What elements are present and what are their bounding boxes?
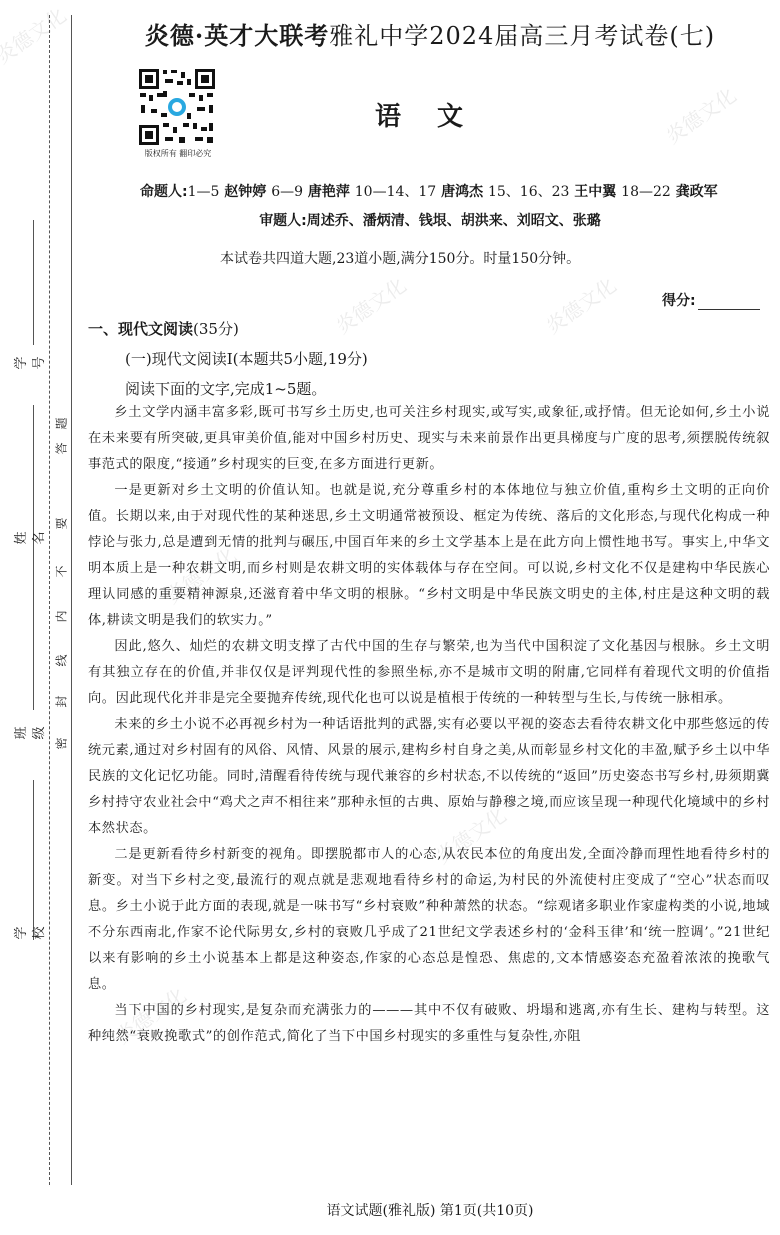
subject-title: 语文 (375, 96, 499, 133)
question-authors: 命题人:1—5 赵钟婷 6—9 唐艳萍 10—14、17 唐鸿杰 15、16、2… (140, 181, 718, 201)
paragraph: 乡土文学内涵丰富多彩,既可书写乡土历史,也可关注乡村现实,或写实,或象征,或抒情… (88, 400, 770, 478)
watermark: 炎德文化 (0, 0, 71, 69)
section-heading: 一、现代文阅读(35分) (88, 318, 239, 339)
title-brand: 炎德·英才大联考 (145, 21, 329, 50)
paragraph: 当下中国的乡村现实,是复杂而充满张力的———其中不仅有破败、坍塌和逃离,亦有生长… (88, 998, 770, 1050)
seal-char: 不 (53, 563, 69, 580)
page-footer: 语文试题(雅礼版) 第1页(共10页) (0, 1200, 780, 1220)
reviewers: 审题人:周述乔、潘炳清、钱垠、胡洪来、刘昭文、张璐 (0, 210, 780, 230)
paragraph: 一是更新对乡土文明的价值认知。也就是说,充分尊重乡村的本体地位与独立价值,重构乡… (88, 478, 770, 634)
reading-instruction: 阅读下面的文字,完成1~5题。 (125, 378, 326, 399)
paragraph: 未来的乡土小说不必再视乡村为一种话语批判的武器,实有必要以平视的姿态去看待农耕文… (88, 712, 770, 842)
seal-char: 要 (53, 515, 69, 532)
exam-title: 炎德·英才大联考雅礼中学2024届高三月考试卷(七) (130, 16, 730, 51)
seal-char: 内 (53, 608, 69, 625)
title-rest: 雅礼中学2024届高三月考试卷(七) (329, 22, 715, 50)
watermark: 炎德文化 (329, 270, 411, 340)
seal-char: 密 (53, 735, 69, 752)
reading-passage: 乡土文学内涵丰富多彩,既可书写乡土历史,也可关注乡村现实,或写实,或象征,或抒情… (88, 400, 770, 1050)
student-id-field-lower[interactable] (33, 405, 34, 605)
score-blank[interactable] (698, 295, 760, 310)
exam-info: 本试卷共四道大题,23道小题,满分150分。时量150分钟。 (220, 248, 580, 268)
seal-char: 答 (53, 440, 69, 457)
name-label: 姓名 (22, 520, 40, 556)
school-label: 学校 (22, 915, 40, 951)
name-field[interactable] (33, 585, 34, 710)
paragraph: 二是更新看待乡村新变的视角。即摆脱都市人的心态,从农民本位的角度出发,全面冷静而… (88, 842, 770, 998)
watermark: 炎德文化 (539, 270, 621, 340)
seal-char: 线 (53, 652, 69, 669)
student-id-label: 学号 (22, 345, 40, 381)
qr-code-icon[interactable] (137, 67, 217, 147)
qr-caption: 版权所有 翻印必究 (135, 148, 221, 159)
score-label: 得分: (662, 293, 696, 309)
seal-dashed-line (49, 15, 50, 1185)
watermark: 炎德文化 (659, 80, 741, 150)
paragraph: 因此,悠久、灿烂的农耕文明支撑了古代中国的生存与繁荣,也为当代中国积淀了文化基因… (88, 634, 770, 712)
seal-char: 题 (53, 415, 69, 432)
margin-solid-line (71, 15, 72, 1185)
subsection-heading: (一)现代文阅读Ⅰ(本题共5小题,19分) (125, 348, 368, 369)
score-field: 得分: (662, 290, 760, 310)
class-label: 班级 (22, 715, 40, 751)
seal-char: 封 (53, 693, 69, 710)
student-id-field[interactable] (33, 220, 34, 345)
